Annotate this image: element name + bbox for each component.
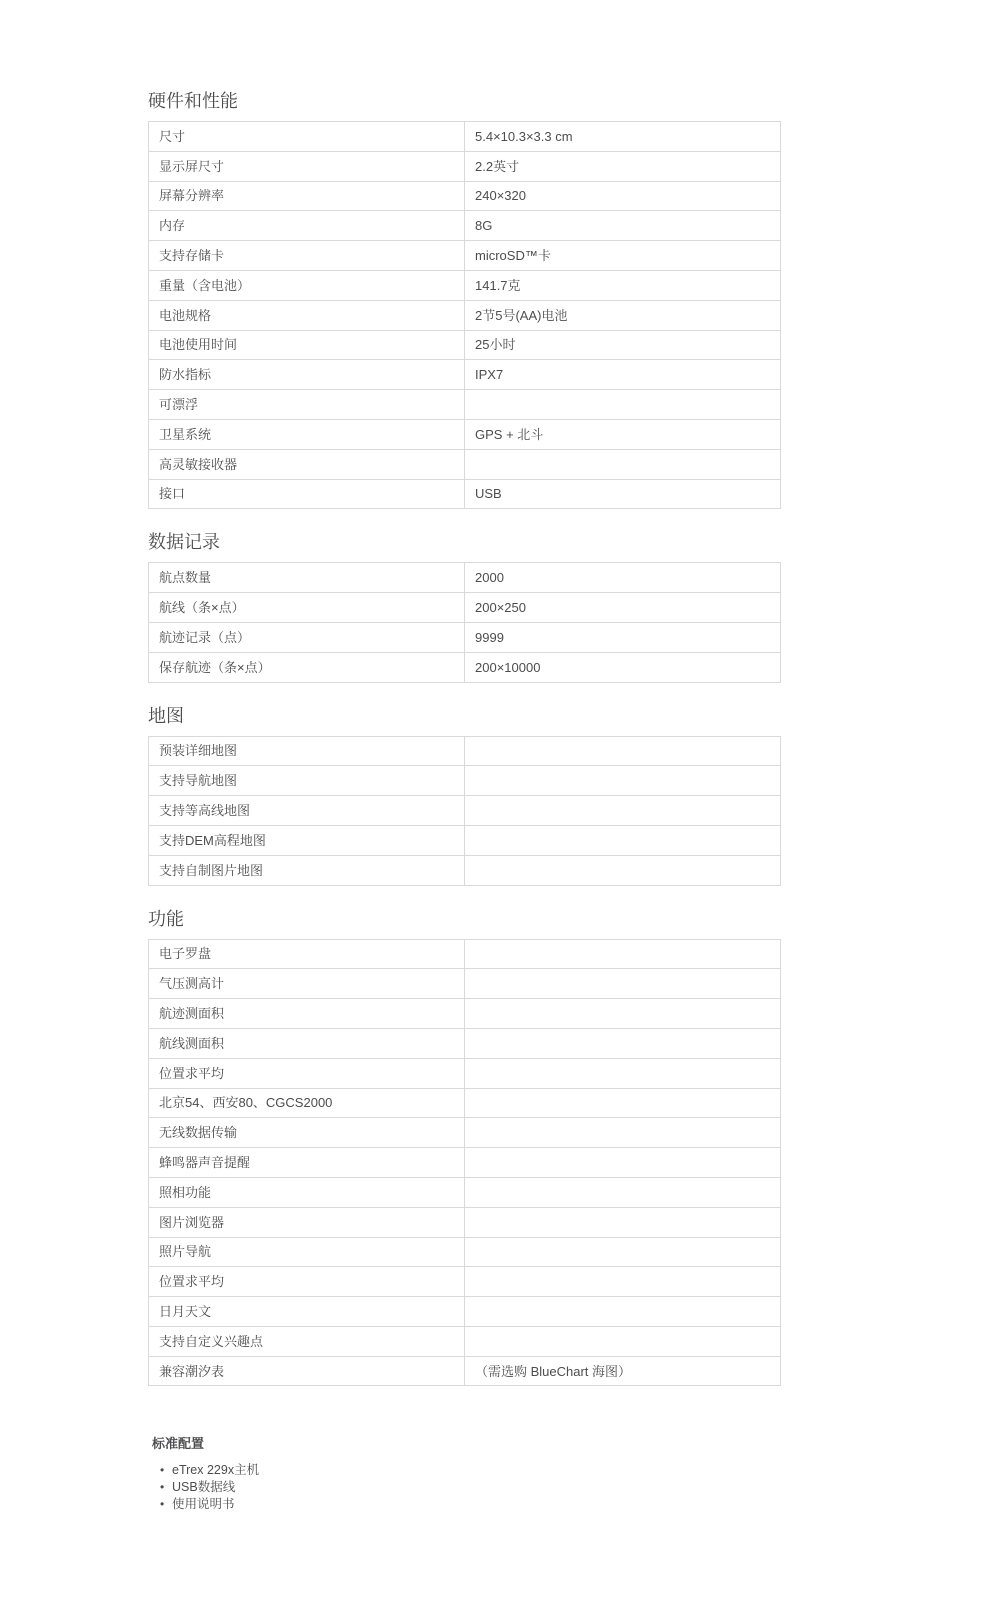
spec-label: 照相功能: [149, 1177, 465, 1207]
spec-row: 航线测面积: [149, 1028, 781, 1058]
spec-row: 可漂浮: [149, 390, 781, 420]
spec-row: 接口 USB: [149, 479, 781, 509]
product-spec-page: 硬件和性能 尺寸 5.4×10.3×3.3 cm 显示屏尺寸 2.2英寸 屏幕分…: [0, 0, 1000, 1600]
standard-config-item: 使用说明书: [172, 1496, 781, 1513]
spec-row: 重量（含电池） 141.7克: [149, 270, 781, 300]
spec-row: 电池使用时间 25小时: [149, 330, 781, 360]
standard-config-section: 标准配置 eTrex 229x主机 USB数据线 使用说明书: [148, 1433, 781, 1513]
spec-value: 8G: [465, 211, 781, 241]
spec-section: 硬件和性能 尺寸 5.4×10.3×3.3 cm 显示屏尺寸 2.2英寸 屏幕分…: [148, 92, 781, 509]
spec-label: 显示屏尺寸: [149, 151, 465, 181]
spec-label: 支持导航地图: [149, 766, 465, 796]
spec-row: 电池规格 2节5号(AA)电池: [149, 300, 781, 330]
spec-value: [465, 449, 781, 479]
spec-label: 支持存储卡: [149, 241, 465, 271]
spec-value: [465, 796, 781, 826]
spec-value: [465, 1118, 781, 1148]
spec-label: 蜂鸣器声音提醒: [149, 1148, 465, 1178]
spec-value: 5.4×10.3×3.3 cm: [465, 122, 781, 152]
spec-value: [465, 1297, 781, 1327]
spec-value: [465, 825, 781, 855]
spec-row: 预装详细地图: [149, 736, 781, 766]
spec-row: 位置求平均: [149, 1267, 781, 1297]
spec-value: [465, 1207, 781, 1237]
section-title: 硬件和性能: [148, 92, 781, 111]
spec-content: 硬件和性能 尺寸 5.4×10.3×3.3 cm 显示屏尺寸 2.2英寸 屏幕分…: [148, 92, 781, 1513]
spec-row: 位置求平均: [149, 1058, 781, 1088]
section-title: 地图: [148, 707, 781, 726]
spec-row: 北京54、西安80、CGCS2000: [149, 1088, 781, 1118]
spec-label: 日月天文: [149, 1297, 465, 1327]
spec-value: 9999: [465, 622, 781, 652]
spec-row: 气压测高计: [149, 969, 781, 999]
spec-label: 电池使用时间: [149, 330, 465, 360]
spec-row: 卫星系统 GPS + 北斗: [149, 419, 781, 449]
spec-row: 蜂鸣器声音提醒: [149, 1148, 781, 1178]
spec-label: 内存: [149, 211, 465, 241]
spec-label: 位置求平均: [149, 1267, 465, 1297]
spec-value: 2节5号(AA)电池: [465, 300, 781, 330]
spec-table: 电子罗盘 气压测高计 航迹测面积 航线测面积 位置求平均 北京54、西安80、C…: [148, 939, 781, 1387]
spec-label: 支持自定义兴趣点: [149, 1326, 465, 1356]
spec-value: [465, 1088, 781, 1118]
spec-row: 支持等高线地图: [149, 796, 781, 826]
spec-value: 200×10000: [465, 652, 781, 682]
spec-label: 电子罗盘: [149, 939, 465, 969]
spec-value: 2000: [465, 563, 781, 593]
spec-table: 航点数量 2000 航线（条×点） 200×250 航迹记录（点） 9999 保…: [148, 562, 781, 682]
spec-value: [465, 939, 781, 969]
spec-value: [465, 969, 781, 999]
spec-label: 保存航迹（条×点）: [149, 652, 465, 682]
spec-value: USB: [465, 479, 781, 509]
spec-value: 2.2英寸: [465, 151, 781, 181]
spec-label: 可漂浮: [149, 390, 465, 420]
spec-label: 防水指标: [149, 360, 465, 390]
spec-row: 支持自制图片地图: [149, 855, 781, 885]
spec-label: 航迹记录（点）: [149, 622, 465, 652]
spec-row: 航迹测面积: [149, 999, 781, 1029]
standard-config-title: 标准配置: [152, 1433, 781, 1452]
spec-value: [465, 1177, 781, 1207]
spec-row: 显示屏尺寸 2.2英寸: [149, 151, 781, 181]
spec-row: 支持DEM高程地图: [149, 825, 781, 855]
spec-value: [465, 999, 781, 1029]
spec-section: 功能 电子罗盘 气压测高计 航迹测面积 航线测面积 位置求平均 北京54、西安8…: [148, 910, 781, 1387]
spec-row: 高灵敏接收器: [149, 449, 781, 479]
spec-value: [465, 855, 781, 885]
spec-row: 尺寸 5.4×10.3×3.3 cm: [149, 122, 781, 152]
spec-value: [465, 1058, 781, 1088]
spec-label: 航点数量: [149, 563, 465, 593]
spec-row: 照相功能: [149, 1177, 781, 1207]
spec-label: 北京54、西安80、CGCS2000: [149, 1088, 465, 1118]
spec-label: 尺寸: [149, 122, 465, 152]
spec-value: [465, 1237, 781, 1267]
standard-config-item: eTrex 229x主机: [172, 1462, 781, 1479]
spec-value: IPX7: [465, 360, 781, 390]
spec-label: 电池规格: [149, 300, 465, 330]
spec-table: 预装详细地图 支持导航地图 支持等高线地图 支持DEM高程地图 支持自制图片地图: [148, 736, 781, 886]
spec-value: 141.7克: [465, 270, 781, 300]
spec-row: 照片导航: [149, 1237, 781, 1267]
spec-row: 支持存储卡 microSD™卡: [149, 241, 781, 271]
spec-section: 地图 预装详细地图 支持导航地图 支持等高线地图 支持DEM高程地图 支持自制图…: [148, 707, 781, 886]
spec-value: （需选购 BlueChart 海图）: [465, 1356, 781, 1386]
spec-label: 航迹测面积: [149, 999, 465, 1029]
section-title: 功能: [148, 910, 781, 929]
spec-value: 25小时: [465, 330, 781, 360]
spec-row: 屏幕分辨率 240×320: [149, 181, 781, 211]
spec-label: 无线数据传输: [149, 1118, 465, 1148]
spec-value: 200×250: [465, 593, 781, 623]
spec-value: [465, 736, 781, 766]
spec-row: 保存航迹（条×点） 200×10000: [149, 652, 781, 682]
spec-value: [465, 1326, 781, 1356]
spec-row: 电子罗盘: [149, 939, 781, 969]
spec-value: [465, 390, 781, 420]
spec-label: 航线测面积: [149, 1028, 465, 1058]
spec-value: [465, 766, 781, 796]
spec-label: 预装详细地图: [149, 736, 465, 766]
spec-row: 支持自定义兴趣点: [149, 1326, 781, 1356]
spec-label: 气压测高计: [149, 969, 465, 999]
spec-value: GPS + 北斗: [465, 419, 781, 449]
spec-value: 240×320: [465, 181, 781, 211]
spec-label: 卫星系统: [149, 419, 465, 449]
spec-label: 图片浏览器: [149, 1207, 465, 1237]
spec-row: 防水指标 IPX7: [149, 360, 781, 390]
spec-table: 尺寸 5.4×10.3×3.3 cm 显示屏尺寸 2.2英寸 屏幕分辨率 240…: [148, 121, 781, 509]
spec-value: microSD™卡: [465, 241, 781, 271]
spec-label: 航线（条×点）: [149, 593, 465, 623]
spec-label: 高灵敏接收器: [149, 449, 465, 479]
standard-config-list: eTrex 229x主机 USB数据线 使用说明书: [152, 1462, 781, 1513]
spec-value: [465, 1148, 781, 1178]
standard-config-item: USB数据线: [172, 1479, 781, 1496]
spec-section: 数据记录 航点数量 2000 航线（条×点） 200×250 航迹记录（点） 9…: [148, 533, 781, 682]
spec-label: 重量（含电池）: [149, 270, 465, 300]
spec-row: 航点数量 2000: [149, 563, 781, 593]
section-title: 数据记录: [148, 533, 781, 552]
spec-label: 支持自制图片地图: [149, 855, 465, 885]
spec-label: 支持DEM高程地图: [149, 825, 465, 855]
spec-label: 支持等高线地图: [149, 796, 465, 826]
spec-row: 航线（条×点） 200×250: [149, 593, 781, 623]
spec-row: 无线数据传输: [149, 1118, 781, 1148]
spec-label: 位置求平均: [149, 1058, 465, 1088]
spec-row: 航迹记录（点） 9999: [149, 622, 781, 652]
spec-value: [465, 1267, 781, 1297]
spec-label: 照片导航: [149, 1237, 465, 1267]
spec-row: 日月天文: [149, 1297, 781, 1327]
spec-value: [465, 1028, 781, 1058]
spec-sections: 硬件和性能 尺寸 5.4×10.3×3.3 cm 显示屏尺寸 2.2英寸 屏幕分…: [148, 92, 781, 1386]
spec-label: 接口: [149, 479, 465, 509]
spec-label: 屏幕分辨率: [149, 181, 465, 211]
spec-row: 图片浏览器: [149, 1207, 781, 1237]
spec-row: 支持导航地图: [149, 766, 781, 796]
spec-label: 兼容潮汐表: [149, 1356, 465, 1386]
spec-row: 内存 8G: [149, 211, 781, 241]
spec-row: 兼容潮汐表 （需选购 BlueChart 海图）: [149, 1356, 781, 1386]
